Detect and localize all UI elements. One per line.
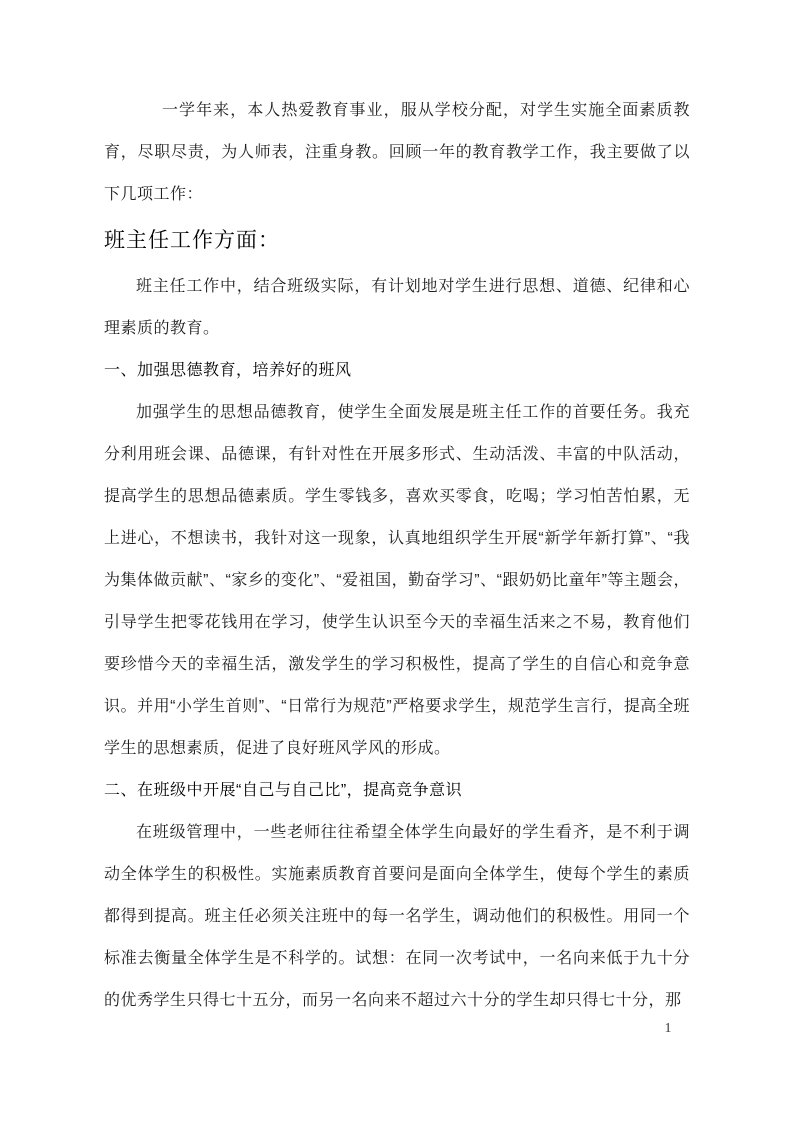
- document-page: 一学年来，本人热爱教育事业，服从学校分配，对学生实施全面素质教育，尽职尽责，为人…: [0, 0, 793, 1122]
- document-body: 一学年来，本人热爱教育事业，服从学校分配，对学生实施全面素质教育，尽职尽责，为人…: [104, 90, 690, 1022]
- subheading-moral-education: 一、加强思德教育，培养好的班风: [104, 350, 690, 392]
- paragraph-self-comparison: 在班级管理中，一些老师往往希望全体学生向最好的学生看齐，是不利于调动全体学生的积…: [104, 812, 690, 1022]
- paragraph-homeroom-overview: 班主任工作中，结合班级实际，有计划地对学生进行思想、道德、纪律和心理素质的教育。: [104, 266, 690, 350]
- subheading-self-comparison: 二、在班级中开展“自己与自己比”，提高竞争意识: [104, 770, 690, 812]
- paragraph-intro: 一学年来，本人热爱教育事业，服从学校分配，对学生实施全面素质教育，尽职尽责，为人…: [104, 90, 690, 216]
- page-number: 1: [660, 1020, 676, 1038]
- section-heading-homeroom-work: 班主任工作方面：: [104, 216, 690, 266]
- paragraph-moral-education: 加强学生的思想品德教育，使学生全面发展是班主任工作的首要任务。我充分利用班会课、…: [104, 392, 690, 770]
